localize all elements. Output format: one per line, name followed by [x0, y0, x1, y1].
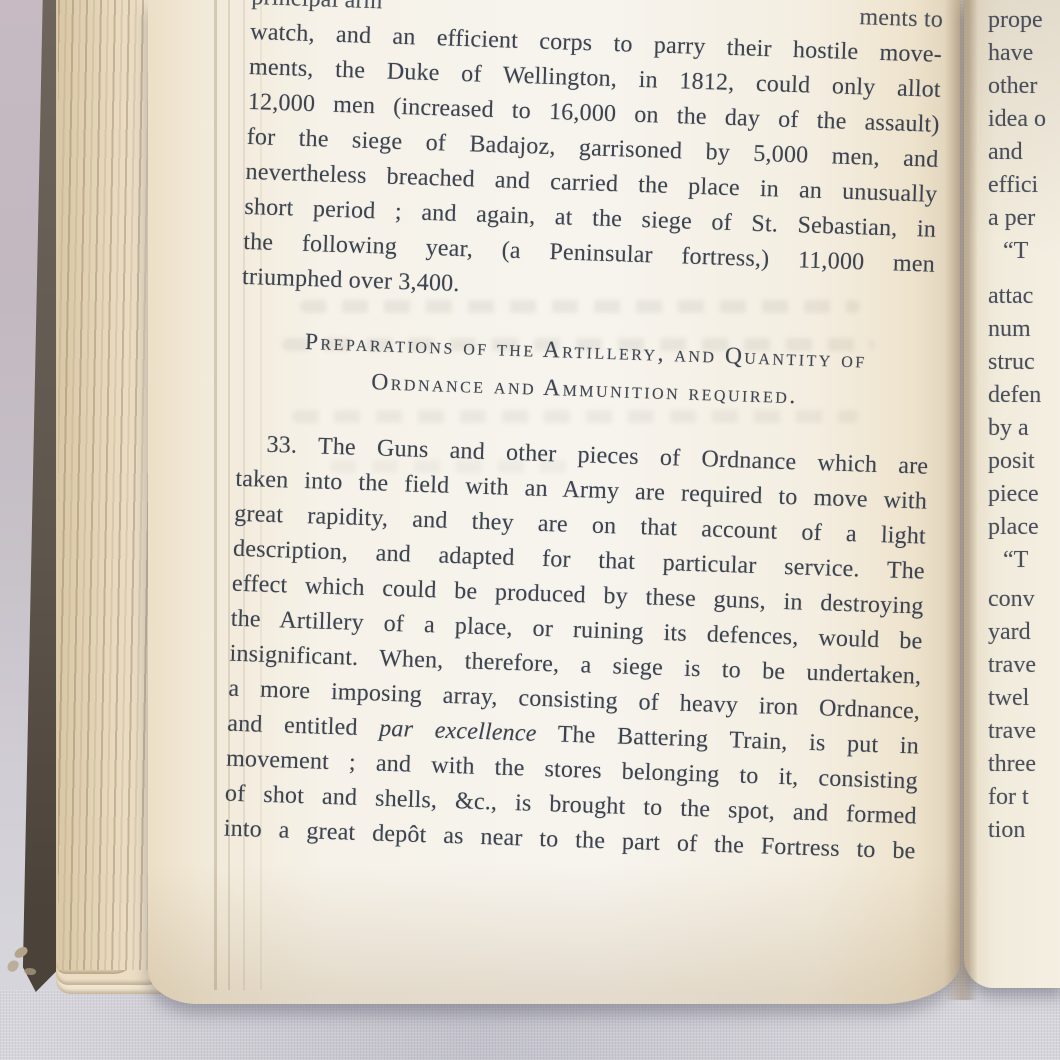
partial-line-right: ments to: [859, 0, 944, 38]
text-fragment: have: [988, 37, 1060, 70]
text-fragment: “T: [988, 235, 1060, 268]
text-fragment: for t: [988, 781, 1060, 814]
text-fragment: trave: [988, 649, 1060, 682]
text-fragment: place: [988, 511, 1060, 544]
text-segment: and entitled: [227, 711, 380, 742]
gutter-shadow: [944, 0, 978, 1000]
left-page-text: principal arm ments to watch, and an eff…: [223, 0, 943, 869]
text-fragment: struc: [988, 346, 1060, 379]
text-fragment: posit: [988, 445, 1060, 478]
page-edge-streak: [214, 0, 217, 990]
paragraph-33: 33. The Guns and other pieces of Ordnanc…: [223, 427, 929, 870]
text-fragment: attac: [988, 280, 1060, 313]
text-fragment: tion: [988, 814, 1060, 847]
text-fragment: yard: [988, 616, 1060, 649]
text-fragment: and: [988, 136, 1060, 169]
right-page-text: prope have other idea o and effici a per…: [988, 4, 1060, 847]
italic-phrase: par excellence: [379, 716, 537, 747]
section-heading: Preparations of the Artillery, and Quant…: [238, 321, 932, 420]
text-fragment: idea o: [988, 103, 1060, 136]
book-photo: { "left_page": { "para_top": { "partial_…: [0, 0, 1060, 1060]
text-fragment: twel: [988, 682, 1060, 715]
text-fragment: prope: [988, 4, 1060, 37]
text-fragment: defen: [988, 379, 1060, 412]
text-fragment: effici: [988, 169, 1060, 202]
text-fragment: trave: [988, 715, 1060, 748]
text-fragment: other: [988, 70, 1060, 103]
text-fragment: a per: [988, 202, 1060, 235]
text-fragment: piece: [988, 478, 1060, 511]
text-fragment: num: [988, 313, 1060, 346]
text-fragment: conv: [988, 583, 1060, 616]
text-fragment: three: [988, 748, 1060, 781]
text-fragment: “T: [988, 544, 1060, 577]
text-fragment: by a: [988, 412, 1060, 445]
